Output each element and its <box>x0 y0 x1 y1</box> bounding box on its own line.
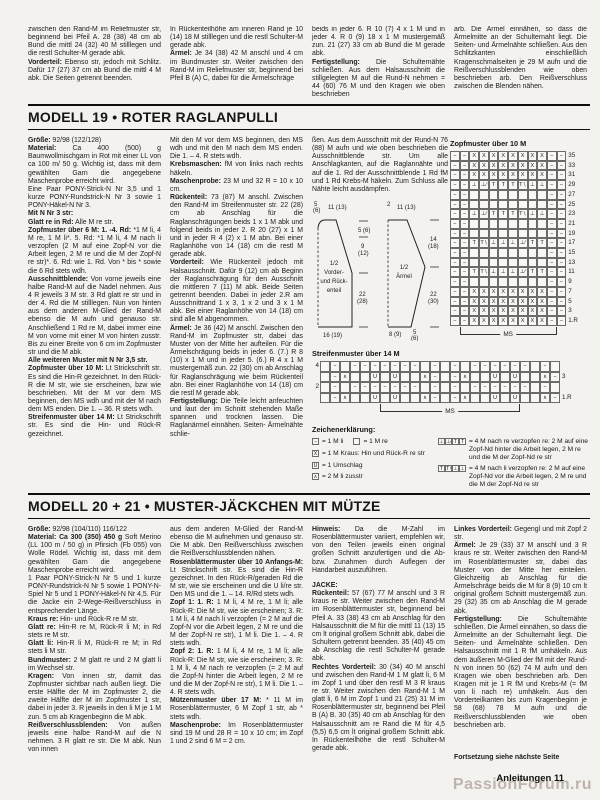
chart-cell: ⊥ <box>489 267 499 277</box>
chart-cell: − <box>410 382 420 393</box>
chart-cell: − <box>460 248 470 258</box>
paragraph: Material: Ca 400 (500) g Baumwollmischga… <box>28 145 161 186</box>
chart-cell <box>550 361 560 372</box>
chart-cell <box>498 258 508 268</box>
chart-cell: − <box>330 372 340 383</box>
chart-cell: − <box>547 151 557 161</box>
chart-cell: X <box>469 161 479 171</box>
chart-cell: − <box>510 361 520 372</box>
chart-cell <box>528 219 538 229</box>
chart-cell <box>489 200 499 210</box>
chart-cell: T <box>469 238 479 248</box>
chart-cell: − <box>500 382 510 393</box>
chart-cell: X <box>479 306 489 316</box>
chart-cell <box>353 438 360 445</box>
paragraph: Mit N Nr 3 str: <box>28 210 161 218</box>
chart-cell <box>498 229 508 239</box>
chart-cell: ∧ <box>460 393 470 404</box>
chart-cell: X <box>489 161 499 171</box>
chart-cell: ⊥ <box>469 209 479 219</box>
chart-cell: X <box>479 287 489 297</box>
paragraph: Vorderteil: Ebenso str, jedoch mit Schli… <box>28 59 161 83</box>
chart-cell: ⊥ <box>498 267 508 277</box>
chart-cell: − <box>547 287 557 297</box>
chart-row-label: 5 <box>566 297 582 307</box>
measurement-label: (28) <box>357 299 368 305</box>
chart-cell: − <box>460 258 470 268</box>
diagram-name: enteil <box>327 288 341 294</box>
chart-cell: − <box>460 306 470 316</box>
paragraph: Glatt re: Hin-R re M, Rück-R li M; in Rd… <box>28 624 161 640</box>
chart-cell <box>518 258 528 268</box>
chart-cell <box>440 393 450 404</box>
chart-cell: X <box>518 297 528 307</box>
chart-row-label: 35 <box>566 151 582 161</box>
chart-cell: − <box>460 200 470 210</box>
chart-cell: − <box>470 361 480 372</box>
paragraph: zwischen den Rand-M im Reliefmuster str,… <box>28 26 161 59</box>
chart-cell: − <box>557 209 567 219</box>
chart-cell: X <box>508 170 518 180</box>
chart-cell <box>508 190 518 200</box>
chart-cell: ⊥∕ <box>518 238 528 248</box>
chart-row-label: 21 <box>566 219 582 229</box>
legend-text: = 1 M Kraus: Hin und Rück-R re str <box>322 450 425 458</box>
chart-cell: X <box>469 170 479 180</box>
paragraph: Alle weiteren Muster mit N Nr 3,5 str. <box>28 357 161 365</box>
chart-cell: − <box>330 393 340 404</box>
chart-cell: ⊥∕ <box>479 180 489 190</box>
chart-cell: X <box>479 161 489 171</box>
chart-cell: − <box>540 382 550 393</box>
chart-cell: ⊥∕ <box>445 438 452 445</box>
chart-cell: − <box>450 200 460 210</box>
ms-label: MS <box>442 408 458 415</box>
chart-row-label <box>560 361 576 372</box>
chart-cell <box>528 200 538 210</box>
measurement-label: 16 (19) <box>323 333 342 339</box>
chart-cell <box>489 229 499 239</box>
chart-cell: X <box>469 287 479 297</box>
legend-row: ⊥⊥∕TT= 4 M nach re verzopfen re: 2 M auf… <box>438 438 588 461</box>
streifenmuster-chart-title: Streifenmuster über 14 M <box>312 349 588 358</box>
paragraph: Krebsmaschen: fM von links nach rechts h… <box>170 161 303 177</box>
chart-cell: − <box>330 382 340 393</box>
chart-cell: X <box>498 297 508 307</box>
chart-cell: − <box>547 258 557 268</box>
chart-cell: X <box>537 151 547 161</box>
chart-cell: X <box>518 170 528 180</box>
legend-left-column: −= 1 M li= 1 M reX= 1 M Kraus: Hin und R… <box>312 438 430 493</box>
chart-cell: X <box>312 450 319 457</box>
modell19-section: Größe: 92/98 (122/128)Material: Ca 400 (… <box>28 137 590 489</box>
chart-cell: X <box>498 306 508 316</box>
chart-cell: ⊥∕ <box>518 267 528 277</box>
chart-cell: − <box>430 382 440 393</box>
chart-cell <box>518 229 528 239</box>
chart-cell <box>550 382 560 393</box>
chart-cell: − <box>557 306 567 316</box>
chart-cell: − <box>557 151 567 161</box>
chart-cell <box>340 382 350 393</box>
legend-item: ⊥⊥∕TT= 4 M nach re verzopfen re: 2 M auf… <box>438 438 588 461</box>
chart-cell: X <box>508 297 518 307</box>
zopfmuster-chart-title: Zopfmuster über 10 M <box>450 139 588 148</box>
chart-cell: − <box>450 170 460 180</box>
chart-cell: − <box>430 372 440 383</box>
chart-cell: − <box>460 161 470 171</box>
continuation-note: Fortsetzung siehe nächste Seite <box>454 754 587 762</box>
chart-cell: X <box>469 316 479 326</box>
chart-row-label: 7 <box>566 287 582 297</box>
paragraph: Mützenmuster über 17 M: * 11 M im Rosenb… <box>170 697 303 721</box>
chart-cell: − <box>520 361 530 372</box>
chart-cell: X <box>489 287 499 297</box>
chart-cell: − <box>450 267 460 277</box>
chart-cell: − <box>547 209 557 219</box>
chart-cell: T <box>537 267 547 277</box>
chart-cell <box>469 200 479 210</box>
legend-text: = 4 M nach re verzopfen re: 2 M auf eine… <box>469 438 588 461</box>
chart-cell <box>508 200 518 210</box>
chart-cell: − <box>450 382 460 393</box>
diagram-name: 1/2 <box>330 261 339 267</box>
chart-cell <box>480 393 490 404</box>
modell20-column-3: Hinweis: Da die M-Zahl im Rosenblättermu… <box>312 526 445 764</box>
chart-cell <box>498 219 508 229</box>
chart-cell <box>530 361 540 372</box>
chart-cell <box>479 248 489 258</box>
chart-row-label: 15 <box>566 248 582 258</box>
chart-cell <box>498 277 508 287</box>
chart-cell: − <box>557 180 567 190</box>
chart-cell: T <box>489 180 499 190</box>
chart-cell: X <box>489 316 499 326</box>
paragraph: Maschenprobe: Im Rosenblättermuster sind… <box>170 722 303 746</box>
chart-cell <box>518 190 528 200</box>
chart-cell: ∧ <box>340 372 350 383</box>
measurement-label: 2 <box>387 202 391 208</box>
measurement-label: 9 <box>361 244 365 250</box>
diagram-name: Ärmel <box>396 273 412 280</box>
chart-cell: − <box>450 248 460 258</box>
chart-cell: X <box>528 287 538 297</box>
chart-cell <box>537 219 547 229</box>
chart-row-label: 1.R <box>560 393 576 404</box>
chart-cell: − <box>450 229 460 239</box>
chart-cell: U <box>312 462 319 469</box>
chart-cell: − <box>410 361 420 372</box>
chart-cell: X <box>479 151 489 161</box>
modell20-column-2: aus dem anderen M-Glied der Rand-M ebens… <box>170 526 303 764</box>
paragraph: Vorderteil: Wie Rückenteil jedoch mit Ha… <box>170 259 303 324</box>
paragraph: Material: Ca 300 (350) 450 g Soft Merino… <box>28 534 161 575</box>
paragraph: Ärmel: Je 34 (38) 42 M anschl und 4 cm i… <box>170 50 303 83</box>
chart-cell: − <box>450 180 460 190</box>
chart-cell: U <box>490 393 500 404</box>
paragraph: Größe: 92/98 (122/128) <box>28 137 161 145</box>
chart-cell <box>518 200 528 210</box>
chart-cell <box>440 382 450 393</box>
measurement-label: 5 (6) <box>358 228 370 234</box>
chart-cell: U <box>370 393 380 404</box>
top-column-1: zwischen den Rand-M im Reliefmuster str,… <box>28 26 161 100</box>
chart-cell <box>469 229 479 239</box>
measurement-label: (18) <box>428 244 439 250</box>
legend-text: = 1 M li <box>322 438 343 446</box>
diagram-name: 1/2 <box>400 265 409 271</box>
legend-row: X= 1 M Kraus: Hin und Rück-R re str <box>312 450 430 458</box>
chart-cell <box>528 248 538 258</box>
chart-cell: − <box>547 180 557 190</box>
legend-title: Zeichenerklärung: <box>312 425 588 434</box>
chart-row-label <box>312 372 320 383</box>
chart-cell: X <box>537 287 547 297</box>
stitch-symbol: X <box>312 450 319 458</box>
legend-row: U= 1 Umschlag <box>312 462 430 470</box>
chart-cell: − <box>480 361 490 372</box>
chart-cell: ∧ <box>420 393 430 404</box>
chart-cell: X <box>479 170 489 180</box>
streifenmuster-chart-block: Streifenmuster über 14 M 4−−−−−−−−−−−−−−… <box>312 349 588 412</box>
chart-cell <box>537 258 547 268</box>
chart-cell: X <box>489 151 499 161</box>
paragraph: Rückenteil: 57 (67) 77 M anschl und 3 R … <box>312 590 445 663</box>
chart-cell: U <box>490 372 500 383</box>
paragraph: Mit den M vor dem MS beginnen, den MS wd… <box>170 137 303 161</box>
chart-cell: − <box>450 361 460 372</box>
paragraph: JACKE: <box>312 582 445 590</box>
chart-cell <box>498 200 508 210</box>
modell19-right-block: ßen. Aus dem Ausschnitt mit der Rund-N 7… <box>312 137 588 489</box>
paragraph: Kraus re: Hin- und Rück-R re M str. <box>28 616 161 624</box>
chart-cell: X <box>528 316 538 326</box>
legend-right-column: ⊥⊥∕TT= 4 M nach re verzopfen re: 2 M auf… <box>438 438 588 493</box>
chart-cell: T <box>537 238 547 248</box>
chart-cell: − <box>460 316 470 326</box>
chart-cell <box>500 393 510 404</box>
chart-cell: ⊥ <box>528 209 538 219</box>
chart-cell: X <box>489 306 499 316</box>
modell19-title: MODELL 19 • ROTER RAGLANPULLI <box>28 109 590 125</box>
chart-cell <box>537 248 547 258</box>
chart-cell <box>479 277 489 287</box>
chart-cell <box>400 393 410 404</box>
chart-cell: X <box>479 316 489 326</box>
chart-cell: ∧ <box>540 372 550 383</box>
chart-cell: X <box>498 170 508 180</box>
chart-cell: − <box>400 361 410 372</box>
modell20-title: MODELL 20 + 21 • MUSTER-JÄCKCHEN MIT MÜT… <box>28 498 590 514</box>
chart-cell: − <box>380 361 390 372</box>
stitch-symbol: U <box>312 462 319 470</box>
chart-cell: − <box>500 361 510 372</box>
chart-cell: − <box>490 382 500 393</box>
chart-cell <box>340 361 350 372</box>
chart-cell: − <box>520 382 530 393</box>
measurement-label: 22 <box>359 292 366 298</box>
chart-cell: − <box>330 361 340 372</box>
chart-cell <box>520 393 530 404</box>
paragraph: Zopfmuster über 6 M: 1. -4. Rd: *1 M li,… <box>28 227 161 276</box>
chart-cell: X <box>518 287 528 297</box>
chart-cell: − <box>557 267 567 277</box>
chart-cell: T <box>459 438 466 445</box>
legend-item: −= 1 M li <box>312 438 343 446</box>
chart-cell <box>460 361 470 372</box>
paragraph: Reißverschlussblenden: Von außen jeweils… <box>28 722 161 755</box>
chart-cell: X <box>518 316 528 326</box>
chart-cell <box>537 229 547 239</box>
chart-cell: − <box>360 382 370 393</box>
chart-cell: X <box>479 297 489 307</box>
chart-row-label: 3 <box>566 306 582 316</box>
chart-cell: X <box>489 170 499 180</box>
modell19-column-3: ßen. Aus dem Ausschnitt mit der Rund-N 7… <box>312 137 448 194</box>
chart-cell <box>528 277 538 287</box>
chart-row-label <box>560 382 576 393</box>
chart-cell: ∧ <box>312 473 319 480</box>
paragraph: aus dem anderen M-Glied der Rand-M ebens… <box>170 526 303 559</box>
chart-cell <box>518 277 528 287</box>
modell20-column-4: Linkes Vorderteil: Gegengl und mit Zopf … <box>454 526 587 764</box>
paragraph: Ausschnittblende: Von vorne jeweils eine… <box>28 276 161 358</box>
top-column-2: In Rückenteilhöhe am inneren Rand je 10 … <box>170 26 303 100</box>
chart-cell <box>320 372 330 383</box>
chart-cell: − <box>547 306 557 316</box>
chart-row-label: 19 <box>566 229 582 239</box>
chart-cell: − <box>547 190 557 200</box>
chart-cell: T <box>498 180 508 190</box>
chart-cell: T∖ <box>479 267 489 277</box>
chart-cell: − <box>557 287 567 297</box>
chart-cell: − <box>550 393 560 404</box>
chart-cell <box>479 190 489 200</box>
chart-cell: − <box>450 209 460 219</box>
chart-cell <box>360 393 370 404</box>
paragraph: Zopf 2: 1. R: 1 M li, 4 M re, 1 M li; al… <box>170 648 303 697</box>
chart-cell: X <box>537 316 547 326</box>
modell20-header: MODELL 20 + 21 • MUSTER-JÄCKCHEN MIT MÜT… <box>28 493 590 519</box>
chart-cell <box>520 372 530 383</box>
chart-cell: − <box>450 277 460 287</box>
chart-cell: − <box>557 248 567 258</box>
chart-cell <box>470 393 480 404</box>
chart-cell: ⊥ <box>459 465 466 472</box>
schematic-diagrams: 5 (6) 11 (13) 1/2 Vorder- und Rück- ente… <box>312 199 448 341</box>
chart-cell: − <box>470 382 480 393</box>
chart-cell: X <box>469 297 479 307</box>
sleeve-schematic: 2 11 (13) 1/2 Ärmel 14 (18) 22 <box>380 199 448 341</box>
chart-cell <box>320 393 330 404</box>
chart-cell: ⊥ <box>498 238 508 248</box>
chart-cell <box>480 372 490 383</box>
chart-cell: ⊥ <box>438 438 445 445</box>
chart-row-label: 31 <box>566 170 582 180</box>
ms-bracket: MS <box>380 404 520 412</box>
chart-cell: ∧ <box>460 372 470 383</box>
top-column-3: beids in jeder 6. R 10 (7) 4 x 1 M und i… <box>312 26 445 100</box>
streifenmuster-chart: 4−−−−−−−−−−−−−−−−−−∧UU∧−−∧UU∧−32−−−−−−−−… <box>312 361 588 412</box>
chart-cell <box>518 219 528 229</box>
top-section: zwischen den Rand-M im Reliefmuster str,… <box>28 26 590 100</box>
chart-cell <box>508 219 518 229</box>
chart-cell <box>440 372 450 383</box>
measurement-label: (6) <box>313 208 320 214</box>
chart-cell <box>320 361 330 372</box>
chart-cell: − <box>460 219 470 229</box>
chart-cell <box>479 229 489 239</box>
legend-item: TT∖⊥⊥= 4 M nach li verzopfen re: 2 M auf… <box>438 465 588 488</box>
chart-cell: − <box>450 372 460 383</box>
chart-cell <box>518 248 528 258</box>
chart-cell: − <box>312 438 319 445</box>
chart-row-label: 27 <box>566 190 582 200</box>
paragraph: Kragen: Von innen str, damit das Zopfmus… <box>28 673 161 722</box>
paragraph: Eine Paar PONY-Strick-N Nr 3,5 und 1 kur… <box>28 186 161 210</box>
paragraph: Rosenblättermuster über 10 Anfangs-M: Lt… <box>170 559 303 600</box>
chart-cell <box>500 372 510 383</box>
chart-cell: X <box>489 297 499 307</box>
chart-cell <box>469 190 479 200</box>
chart-cell <box>479 219 489 229</box>
chart-cell <box>410 393 420 404</box>
symbol-legend: Zeichenerklärung: −= 1 M li= 1 M reX= 1 … <box>312 425 588 493</box>
chart-row-label: 3 <box>560 372 576 383</box>
chart-cell: ⊥ <box>469 180 479 190</box>
chart-cell: − <box>370 382 380 393</box>
chart-cell <box>530 382 540 393</box>
chart-cell <box>360 372 370 383</box>
chart-cell: X <box>508 151 518 161</box>
chart-cell: − <box>547 238 557 248</box>
chart-cell <box>528 190 538 200</box>
chart-cell: U <box>510 372 520 383</box>
measurement-label: 22 <box>430 292 437 298</box>
legend-text: = 1 M re <box>363 438 387 446</box>
chart-cell: − <box>450 316 460 326</box>
paragraph: beids in jeder 6. R 10 (7) 4 x 1 M und i… <box>312 26 445 59</box>
chart-cell: − <box>390 361 400 372</box>
stitch-symbol: TT∖⊥⊥ <box>438 465 466 488</box>
diagram-name: und Rück- <box>320 279 347 285</box>
measurement-label: 11 (13) <box>397 205 416 211</box>
chart-cell: − <box>460 180 470 190</box>
chart-cell: T∖ <box>479 238 489 248</box>
chart-cell <box>489 190 499 200</box>
chart-cell: X <box>498 287 508 297</box>
legend-text: = 4 M nach li verzopfen re: 2 M auf eine… <box>469 465 588 488</box>
chart-row-label: 4 <box>312 361 320 372</box>
chart-cell: − <box>540 361 550 372</box>
chart-cell: − <box>430 393 440 404</box>
chart-cell: ⊥ <box>508 238 518 248</box>
chart-cell: T <box>452 438 459 445</box>
measurement-label: 14 <box>430 237 437 243</box>
chart-cell: ⊥ <box>537 180 547 190</box>
paragraph: Bundmuster: 2 M glatt re und 2 M glatt l… <box>28 657 161 673</box>
chart-cell: X <box>498 316 508 326</box>
modell20-section: Größe: 92/98 (104/110) 116/122Material: … <box>28 526 590 764</box>
chart-cell <box>469 248 479 258</box>
chart-cell: ⊥ <box>452 465 459 472</box>
chart-cell <box>537 190 547 200</box>
legend-text: = 2 M li zusstr <box>322 473 363 481</box>
chart-cell: X <box>518 161 528 171</box>
chart-cell: − <box>547 316 557 326</box>
chart-cell: X <box>508 161 518 171</box>
stitch-symbol: − <box>312 438 319 446</box>
